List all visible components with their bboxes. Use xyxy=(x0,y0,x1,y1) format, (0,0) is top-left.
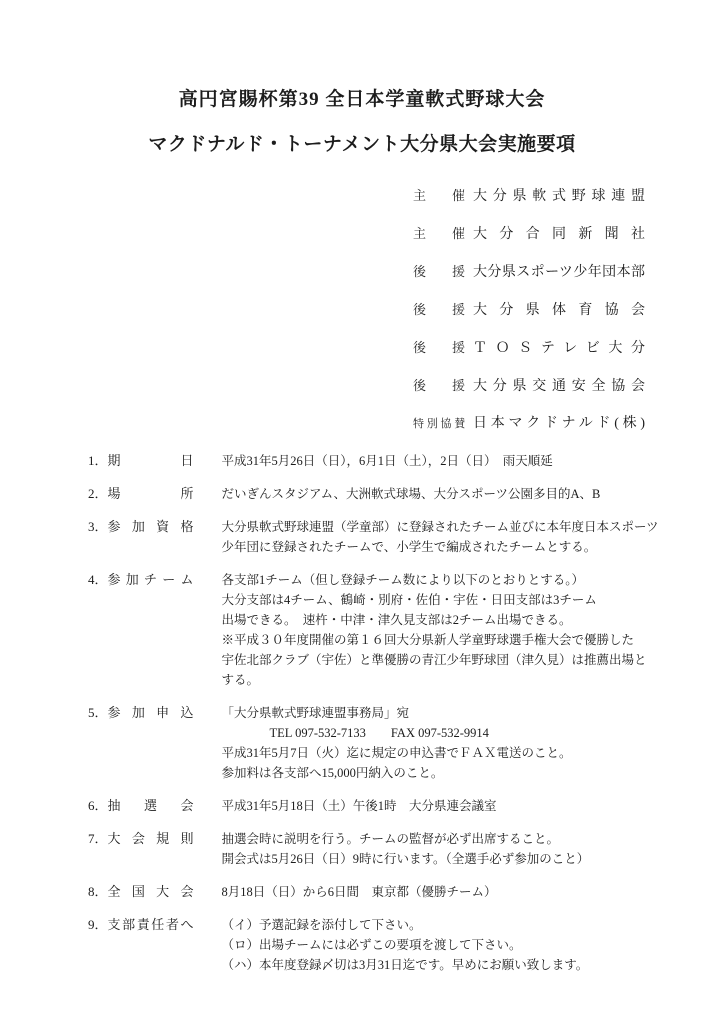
item-label: 参加資格 xyxy=(108,517,194,537)
item-date: 1． 期日 平成31年5月26日（日），6月1日（土），2日（日） 雨天順延 xyxy=(88,451,648,471)
item-eligibility: 3． 参加資格 大分県軟式野球連盟（学童部）に登録されたチーム並びに本年度日本ス… xyxy=(88,517,648,557)
item-number: 9． xyxy=(88,915,108,935)
item-number: 8． xyxy=(88,882,108,902)
item-line: 少年団に登録されたチームで、小学生で編成されたチームとする。 xyxy=(222,537,648,557)
item-list: 1． 期日 平成31年5月26日（日），6月1日（土），2日（日） 雨天順延 2… xyxy=(88,451,648,975)
item-place: 2． 場所 だいぎんスタジアム、大洲軟式球場、大分スポーツ公園多目的A、B xyxy=(88,484,648,504)
item-body: 各支部1チーム（但し登録チーム数により以下のとおりとする。） 大分支部は4チーム… xyxy=(222,570,648,690)
item-line: （ハ）本年度登録〆切は3月31日迄です。早めにお願い致します。 xyxy=(222,955,648,975)
sponsor-row: 特別協賛 日本マクドナルド(株) xyxy=(413,413,724,435)
item-lottery: 6． 抽選会 平成31年5月18日（土）午後1時 大分県連会議室 xyxy=(88,796,648,816)
item-body: 「大分県軟式野球連盟事務局」宛 TEL 097-532-7133 FAX 097… xyxy=(222,703,648,783)
sponsor-name: 大分県軟式野球連盟 xyxy=(473,186,645,207)
item-line: 宇佐北部クラブ（宇佐）と準優勝の青江少年野球団（津久見）は推薦出場と xyxy=(222,650,648,670)
sponsor-row: 主催 大分合同新聞社 xyxy=(413,223,724,245)
sponsor-row: 後援 大分県スポーツ少年団本部 xyxy=(413,261,724,283)
item-line: 抽選会時に説明を行う。チームの監督が必ず出席すること。 xyxy=(222,829,648,849)
item-rules: 7． 大会規則 抽選会時に説明を行う。チームの監督が必ず出席すること。 開会式は… xyxy=(88,829,648,869)
item-line: （イ）予選記録を添付して下さい。 xyxy=(222,915,648,935)
item-teams: 4． 参加チーム 各支部1チーム（但し登録チーム数により以下のとおりとする。） … xyxy=(88,570,648,690)
item-label: 期日 xyxy=(108,451,194,471)
document-title-line2: マクドナルド・トーナメント大分県大会実施要項 xyxy=(0,131,724,159)
item-line-tel-fax: TEL 097-532-7133 FAX 097-532-9914 xyxy=(270,723,648,743)
item-number: 3． xyxy=(88,517,108,537)
item-national: 8． 全国大会 8月18日（日）から6日間 東京都（優勝チーム） xyxy=(88,882,648,902)
item-line: 各支部1チーム（但し登録チーム数により以下のとおりとする。） xyxy=(222,570,648,590)
item-line: 参加料は各支部へ15,000円納入のこと。 xyxy=(222,763,648,783)
item-label: 大会規則 xyxy=(108,829,194,849)
sponsor-role: 後援 xyxy=(413,337,465,358)
sponsor-role: 特別協賛 xyxy=(413,414,465,435)
item-line: 平成31年5月7日（火）迄に規定の申込書でＦＡＸ電送のこと。 xyxy=(222,743,648,763)
sponsor-row: 主催 大分県軟式野球連盟 xyxy=(413,185,724,207)
item-line: する。 xyxy=(222,670,648,690)
item-label: 参加チーム xyxy=(108,570,194,590)
item-number: 6． xyxy=(88,796,108,816)
sponsor-name: 大分県スポーツ少年団本部 xyxy=(473,262,645,283)
item-line: 大分県軟式野球連盟（学童部）に登録されたチーム並びに本年度日本スポーツ xyxy=(222,517,648,537)
sponsor-name: 大分県体育協会 xyxy=(473,300,645,321)
item-line: 大分支部は4チーム、鶴崎・別府・佐伯・宇佐・日田支部は3チーム xyxy=(222,590,648,610)
item-body: 8月18日（日）から6日間 東京都（優勝チーム） xyxy=(222,882,648,902)
sponsor-row: 後援 大分県体育協会 xyxy=(413,299,724,321)
item-application: 5． 参加申込 「大分県軟式野球連盟事務局」宛 TEL 097-532-7133… xyxy=(88,703,648,783)
item-line: 平成31年5月18日（土）午後1時 大分県連会議室 xyxy=(222,796,648,816)
item-body: 大分県軟式野球連盟（学童部）に登録されたチーム並びに本年度日本スポーツ 少年団に… xyxy=(222,517,648,557)
item-number: 7． xyxy=(88,829,108,849)
item-line: 平成31年5月26日（日），6月1日（土），2日（日） 雨天順延 xyxy=(222,451,648,471)
item-label: 支部責任者へ xyxy=(108,915,194,935)
sponsor-name: 日本マクドナルド(株) xyxy=(473,413,645,434)
item-label: 場所 xyxy=(108,484,194,504)
item-number: 1． xyxy=(88,451,108,471)
item-number: 5． xyxy=(88,703,108,723)
document-page: 高円宮賜杯第39 全日本学童軟式野球大会 マクドナルド・トーナメント大分県大会実… xyxy=(0,0,724,1024)
sponsor-list: 主催 大分県軟式野球連盟 主催 大分合同新聞社 後援 大分県スポーツ少年団本部 … xyxy=(413,185,724,435)
item-line: 「大分県軟式野球連盟事務局」宛 xyxy=(222,703,648,723)
item-line: 出場できる。 速杵・中津・津久見支部は2チーム出場できる。 xyxy=(222,610,648,630)
item-body: 抽選会時に説明を行う。チームの監督が必ず出席すること。 開会式は5月26日（日）… xyxy=(222,829,648,869)
item-line: ※平成３０年度開催の第１６回大分県新人学童野球選手権大会で優勝した xyxy=(222,630,648,650)
item-line: （ロ）出場チームには必ずこの要項を渡して下さい。 xyxy=(222,935,648,955)
sponsor-role: 後援 xyxy=(413,261,465,282)
item-label: 参加申込 xyxy=(108,703,194,723)
item-number: 4． xyxy=(88,570,108,590)
sponsor-role: 後援 xyxy=(413,299,465,320)
item-line: 8月18日（日）から6日間 東京都（優勝チーム） xyxy=(222,882,648,902)
item-line: だいぎんスタジアム、大洲軟式球場、大分スポーツ公園多目的A、B xyxy=(222,484,648,504)
item-label: 全国大会 xyxy=(108,882,194,902)
sponsor-role: 主催 xyxy=(413,185,465,206)
item-branch-managers: 9． 支部責任者へ （イ）予選記録を添付して下さい。 （ロ）出場チームには必ずこ… xyxy=(88,915,648,975)
item-number: 2． xyxy=(88,484,108,504)
sponsor-row: 後援 大分県交通安全協会 xyxy=(413,375,724,397)
sponsor-name: 大分合同新聞社 xyxy=(473,224,645,245)
item-body: 平成31年5月18日（土）午後1時 大分県連会議室 xyxy=(222,796,648,816)
title-block: 高円宮賜杯第39 全日本学童軟式野球大会 マクドナルド・トーナメント大分県大会実… xyxy=(0,0,724,159)
sponsor-name: ＴＯＳテレビ大分 xyxy=(473,338,645,359)
item-body: （イ）予選記録を添付して下さい。 （ロ）出場チームには必ずこの要項を渡して下さい… xyxy=(222,915,648,975)
item-body: 平成31年5月26日（日），6月1日（土），2日（日） 雨天順延 xyxy=(222,451,648,471)
sponsor-role: 後援 xyxy=(413,375,465,396)
item-label: 抽選会 xyxy=(108,796,194,816)
item-body: だいぎんスタジアム、大洲軟式球場、大分スポーツ公園多目的A、B xyxy=(222,484,648,504)
sponsor-role: 主催 xyxy=(413,223,465,244)
document-title-line1: 高円宮賜杯第39 全日本学童軟式野球大会 xyxy=(0,86,724,114)
item-line: 開会式は5月26日（日）9時に行います。（全選手必ず参加のこと） xyxy=(222,849,648,869)
sponsor-name: 大分県交通安全協会 xyxy=(473,376,645,397)
sponsor-row: 後援 ＴＯＳテレビ大分 xyxy=(413,337,724,359)
